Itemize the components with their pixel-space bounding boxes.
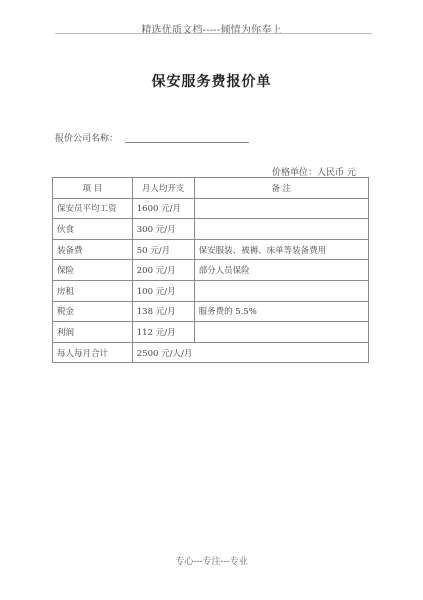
cell-item: 保安员平均工资: [53, 198, 133, 219]
cell-cost: 50 元/月: [132, 239, 194, 260]
page-footer-text: 专心---专注---专业: [0, 554, 423, 567]
company-name-field: [125, 142, 249, 143]
company-name-label: 报价公司名称：: [55, 131, 118, 144]
column-header-item: 项 目: [53, 178, 133, 199]
cell-item: 伙食: [53, 219, 133, 240]
cell-item: 税金: [53, 301, 133, 322]
cell-item: 装备费: [53, 239, 133, 260]
table-row: 税金 138 元/月 服务费的 5.5%: [53, 301, 369, 322]
cell-item: 利润: [53, 322, 133, 343]
cell-cost: 138 元/月: [132, 301, 194, 322]
header-divider: [55, 33, 372, 34]
cell-cost: 200 元/月: [132, 260, 194, 281]
cell-cost: 112 元/月: [132, 322, 194, 343]
table-row: 房租 100 元/月: [53, 280, 369, 301]
column-header-note: 备 注: [194, 178, 368, 199]
cell-note: 部分人员保险: [194, 260, 368, 281]
table-row: 利润 112 元/月: [53, 322, 369, 343]
quote-table: 项 目 月人均开支 备 注 保安员平均工资 1600 元/月 伙食 300 元/…: [52, 177, 369, 363]
document-title: 保安服务费报价单: [0, 71, 423, 91]
table-row: 保安员平均工资 1600 元/月: [53, 198, 369, 219]
cell-note: [194, 322, 368, 343]
table-row: 保险 200 元/月 部分人员保险: [53, 260, 369, 281]
cell-item: 房租: [53, 280, 133, 301]
table-header-row: 项 目 月人均开支 备 注: [53, 178, 369, 199]
cell-note: 服务费的 5.5%: [194, 301, 368, 322]
table-total-row: 每人每月合计 2500 元/人/月: [53, 342, 369, 363]
cell-note: 保安服装、被褥、床单等装备费用: [194, 239, 368, 260]
cell-cost: 300 元/月: [132, 219, 194, 240]
cell-note: [194, 280, 368, 301]
cell-note: [194, 198, 368, 219]
cell-total-value: 2500 元/人/月: [132, 342, 368, 363]
cell-item: 保险: [53, 260, 133, 281]
column-header-monthly-cost: 月人均开支: [132, 178, 194, 199]
table-row: 装备费 50 元/月 保安服装、被褥、床单等装备费用: [53, 239, 369, 260]
cell-total-label: 每人每月合计: [53, 342, 133, 363]
cell-cost: 1600 元/月: [132, 198, 194, 219]
cell-cost: 100 元/月: [132, 280, 194, 301]
cell-note: [194, 219, 368, 240]
table-row: 伙食 300 元/月: [53, 219, 369, 240]
